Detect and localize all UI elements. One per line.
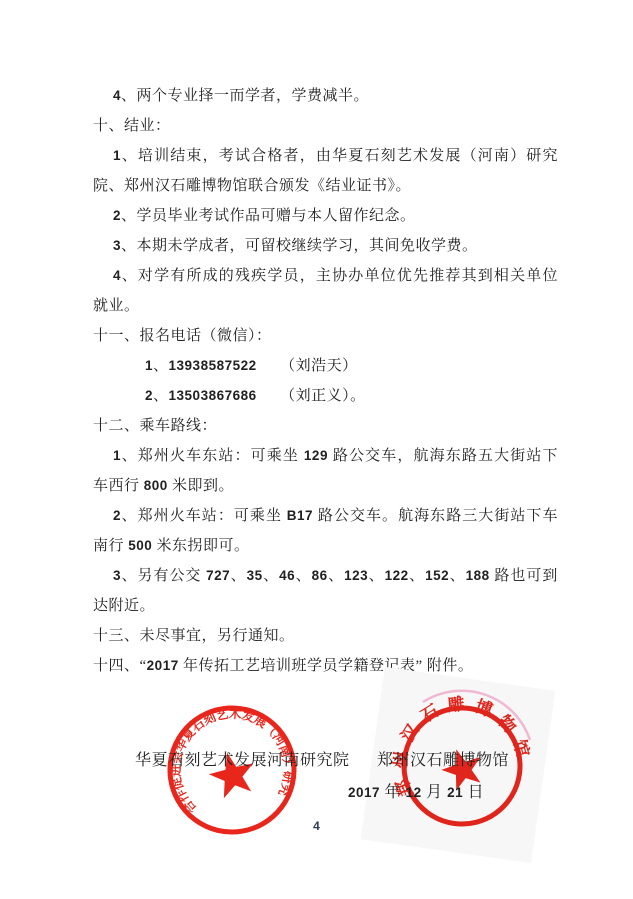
document-line: 车西行 800 米即到。: [93, 471, 558, 501]
document-line: 2、郑州火车站：可乘坐 B17 路公交车。航海东路三大街站下车: [93, 501, 558, 531]
document-page: 4、两个专业择一而学者，学费减半。十、结业：1、培训结束，考试合格者，由华夏石刻…: [0, 0, 633, 899]
page-number: 4: [0, 819, 633, 833]
signature-org-left: 华夏石刻艺术发展河南研究院: [135, 747, 350, 770]
document-line: 1、13938587522 （刘浩天）: [93, 351, 558, 381]
document-line: 十、结业：: [93, 111, 558, 141]
document-line: 1、培训结束，考试合格者，由华夏石刻艺术发展（河南）研究: [93, 141, 558, 171]
document-line: 3、本期未学成者，可留校继续学习，其间免收学费。: [93, 231, 558, 261]
document-line: 院、郑州汉石雕博物馆联合颁发《结业证书》。: [93, 171, 558, 201]
document-line: 1、郑州火车东站：可乘坐 129 路公交车，航海东路五大街站下: [93, 441, 558, 471]
document-line: 十三、未尽事宜，另行通知。: [93, 621, 558, 651]
document-line: 十四、“2017 年传拓工艺培训班学员学籍登记表” 附件。: [93, 651, 558, 681]
document-line: 2、13503867686 （刘正义）。: [93, 381, 558, 411]
document-line: 达附近。: [93, 591, 558, 621]
document-line: 南行 500 米东拐即可。: [93, 531, 558, 561]
document-body: 4、两个专业择一而学者，学费减半。十、结业：1、培训结束，考试合格者，由华夏石刻…: [93, 81, 558, 681]
signature-date: 2017 年 12 月 21 日: [348, 779, 484, 802]
document-line: 4、两个专业择一而学者，学费减半。: [93, 81, 558, 111]
document-line: 4、对学有所成的残疾学员，主协办单位优先推荐其到相关单位: [93, 261, 558, 291]
document-line: 十二、乘车路线：: [93, 411, 558, 441]
document-line: 就业。: [93, 291, 558, 321]
document-line: 十一、报名电话（微信）：: [93, 321, 558, 351]
document-line: 3、另有公交 727、35、46、86、123、122、152、188 路也可到: [93, 561, 558, 591]
signature-org-right: 郑州汉石雕博物馆: [377, 747, 509, 770]
document-line: 2、学员毕业考试作品可赠与本人留作纪念。: [93, 201, 558, 231]
